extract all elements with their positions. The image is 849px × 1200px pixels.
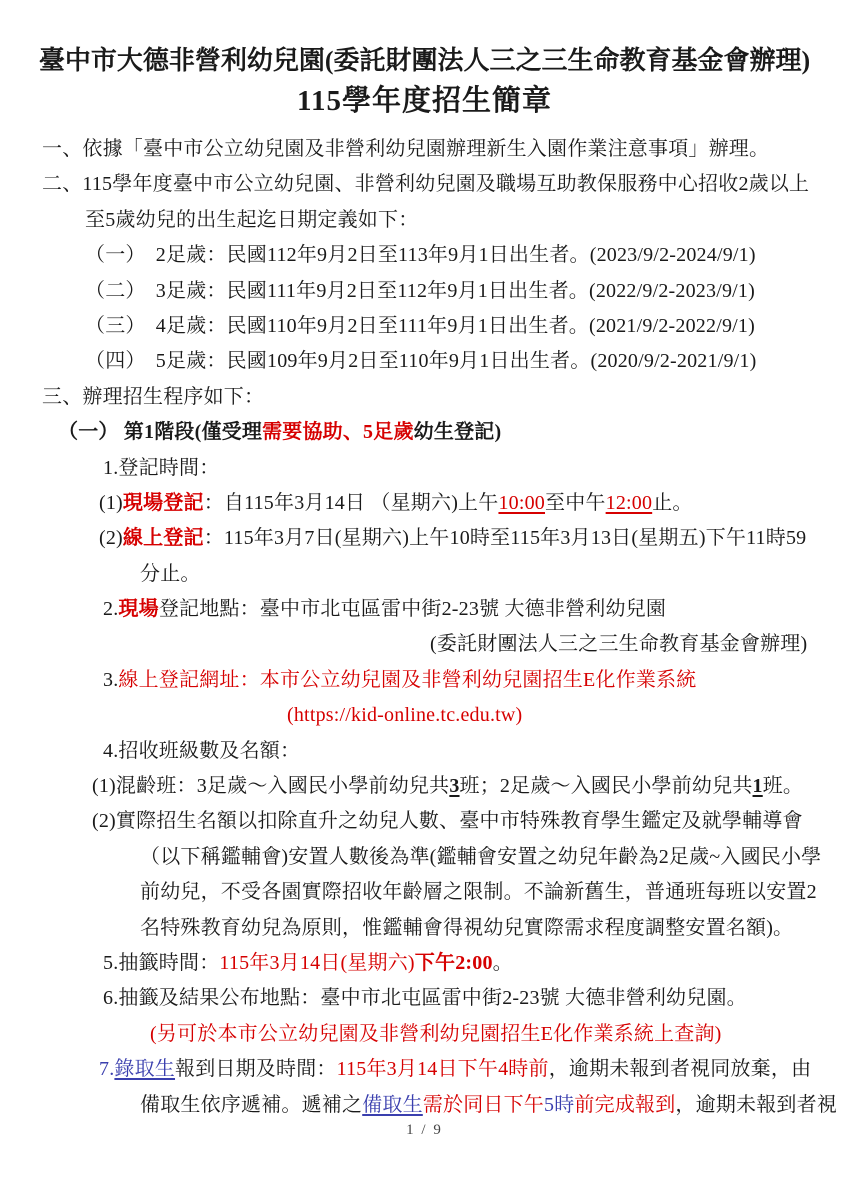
text-line: 6.抽籤及結果公布地點：臺中市北屯區雷中街2-23號 大德非營利幼兒園。 <box>0 981 849 1016</box>
text-segment: （一） 第1階段(僅受理 <box>58 421 262 443</box>
document-title-line1: 臺中市大德非營利幼兒園(委託財團法人三之三生命教育基金會辦理) <box>0 42 849 80</box>
text-segment: 三、辦理招生程序如下： <box>42 386 264 408</box>
text-line: 至5歲幼兒的出生起迄日期定義如下： <box>0 203 849 238</box>
text-segment: ：115年3月7日(星期六)上午10時至115年3月13日(星期五)下午11時5… <box>204 527 807 549</box>
document-header: 臺中市大德非營利幼兒園(委託財團法人三之三生命教育基金會辦理) 115學年度招生… <box>0 42 849 122</box>
text-line: 一、依據「臺中市公立幼兒園及非營利幼兒園辦理新生入園作業注意事項」辦理。 <box>0 132 849 167</box>
text-segment: 1.登記時間： <box>103 457 219 479</box>
text-segment: 現場 <box>118 598 158 620</box>
text-segment: 至中午 <box>545 492 606 514</box>
text-line: (1)混齡班：3足歲～入國民小學前幼兒共3班；2足歲～入國民小學前幼兒共1班。 <box>0 769 849 804</box>
text-segment: 前完成報到 <box>574 1094 675 1116</box>
text-segment: 5時 <box>544 1094 574 1116</box>
text-segment: （一） 2足歲：民國112年9月2日至113年9月1日出生者。(2023/9/2… <box>85 244 756 266</box>
text-segment: (2)實際招生名額以扣除直升之幼兒人數、臺中市特殊教育學生鑑定及就學輔導會 <box>92 810 803 832</box>
document-page: 臺中市大德非營利幼兒園(委託財團法人三之三生命教育基金會辦理) 115學年度招生… <box>0 0 849 1200</box>
text-line: （二） 3足歲：民國111年9月2日至112年9月1日出生者。(2022/9/2… <box>0 274 849 309</box>
text-line: (2)線上登記：115年3月7日(星期六)上午10時至115年3月13日(星期五… <box>0 521 849 556</box>
text-segment: 備取生依序遞補。遞補之 <box>140 1094 362 1116</box>
text-line: （一） 2足歲：民國112年9月2日至113年9月1日出生者。(2023/9/2… <box>0 238 849 273</box>
text-line: (1)現場登記：自115年3月14日 （星期六)上午10:00至中午12:00止… <box>0 486 849 521</box>
text-segment: 需要協助、5足歲 <box>262 421 414 443</box>
text-line: (https://kid-online.tc.edu.tw) <box>0 698 849 733</box>
text-segment: 線上登記網址：本市公立幼兒園及非營利幼兒園招生E化作業系統 <box>118 669 696 691</box>
text-segment: 至5歲幼兒的出生起迄日期定義如下： <box>85 209 418 231</box>
text-segment: 登記地點：臺中市北屯區雷中街2-23號 大德非營利幼兒園 <box>159 598 666 620</box>
text-line: 前幼兒，不受各園實際招收年齡層之限制。不論新舊生，普通班每班以安置2 <box>0 875 849 910</box>
text-segment: 3. <box>103 669 118 691</box>
text-segment: 錄取生 <box>114 1058 175 1080</box>
text-segment: 6.抽籤及結果公布地點：臺中市北屯區雷中街2-23號 大德非營利幼兒園。 <box>103 987 747 1009</box>
text-line: 2.現場登記地點：臺中市北屯區雷中街2-23號 大德非營利幼兒園 <box>0 592 849 627</box>
text-line: （四） 5足歲：民國109年9月2日至110年9月1日出生者。(2020/9/2… <box>0 344 849 379</box>
text-segment: (1)混齡班：3足歲～入國民小學前幼兒共 <box>92 775 449 797</box>
text-segment: 1 <box>753 775 763 797</box>
text-segment: 現場登記 <box>123 492 204 514</box>
text-line: 分止。 <box>0 557 849 592</box>
text-line: (委託財團法人三之三生命教育基金會辦理) <box>0 627 849 662</box>
text-segment: 分止。 <box>140 563 201 585</box>
text-segment: 一、依據「臺中市公立幼兒園及非營利幼兒園辦理新生入園作業注意事項」辦理。 <box>42 138 769 160</box>
text-line: 三、辦理招生程序如下： <box>0 380 849 415</box>
text-segment: 10:00 <box>498 492 545 514</box>
text-segment: ：自115年3月14日 （星期六)上午 <box>204 492 499 514</box>
document-title-line2: 115學年度招生簡章 <box>0 80 849 122</box>
text-segment: (2) <box>99 527 123 549</box>
text-line: （一） 第1階段(僅受理需要協助、5足歲幼生登記) <box>0 415 849 450</box>
text-segment: 下午2:00 <box>415 952 493 974</box>
text-segment: 備取生 <box>362 1094 423 1116</box>
text-segment: 幼生登記) <box>414 421 502 443</box>
text-segment: （三） 4足歲：民國110年9月2日至111年9月1日出生者。(2021/9/2… <box>85 315 755 337</box>
text-line: 5.抽籤時間：115年3月14日(星期六)下午2:00。 <box>0 946 849 981</box>
text-segment: 3 <box>449 775 459 797</box>
text-segment: 5.抽籤時間： <box>103 952 219 974</box>
text-line: 7.錄取生報到日期及時間：115年3月14日下午4時前，逾期未報到者視同放棄，由 <box>0 1052 849 1087</box>
text-segment: 12:00 <box>606 492 653 514</box>
text-segment: 線上登記 <box>123 527 204 549</box>
text-segment: 班。 <box>763 775 803 797</box>
text-line: 3.線上登記網址：本市公立幼兒園及非營利幼兒園招生E化作業系統 <box>0 663 849 698</box>
text-segment: (委託財團法人三之三生命教育基金會辦理) <box>430 633 807 655</box>
document-body: 一、依據「臺中市公立幼兒園及非營利幼兒園辦理新生入園作業注意事項」辦理。二、11… <box>0 132 849 1123</box>
text-segment: ，逾期未報到者視同放棄，由 <box>549 1058 812 1080</box>
text-segment: （以下稱鑑輔會)安置人數後為準(鑑輔會安置之幼兒年齡為2足歲~入國民小學 <box>140 846 821 868</box>
text-segment: 7. <box>99 1058 114 1080</box>
text-segment: 名特殊教育幼兒為原則，惟鑑輔會得視幼兒實際需求程度調整安置名額)。 <box>140 917 793 939</box>
text-line: 名特殊教育幼兒為原則，惟鑑輔會得視幼兒實際需求程度調整安置名額)。 <box>0 911 849 946</box>
text-line: (另可於本市公立幼兒園及非營利幼兒園招生E化作業系統上查詢) <box>0 1017 849 1052</box>
text-segment: 需於同日下午 <box>423 1094 544 1116</box>
page-number: 1 / 9 <box>0 1122 849 1139</box>
online-registration-url[interactable]: (https://kid-online.tc.edu.tw) <box>287 704 522 726</box>
text-line: （以下稱鑑輔會)安置人數後為準(鑑輔會安置之幼兒年齡為2足歲~入國民小學 <box>0 840 849 875</box>
text-segment: ，逾期未報到者視 <box>675 1094 837 1116</box>
text-line: 備取生依序遞補。遞補之備取生需於同日下午5時前完成報到，逾期未報到者視 <box>0 1088 849 1123</box>
text-segment: 二、115學年度臺中市公立幼兒園、非營利幼兒園及職場互助教保服務中心招收2歲以上 <box>42 173 809 195</box>
text-segment: 115年3月14日下午4時前 <box>337 1058 549 1080</box>
text-segment: （二） 3足歲：民國111年9月2日至112年9月1日出生者。(2022/9/2… <box>85 280 755 302</box>
text-segment: 4.招收班級數及名額： <box>103 740 300 762</box>
text-line: （三） 4足歲：民國110年9月2日至111年9月1日出生者。(2021/9/2… <box>0 309 849 344</box>
text-line: (2)實際招生名額以扣除直升之幼兒人數、臺中市特殊教育學生鑑定及就學輔導會 <box>0 804 849 839</box>
text-segment: 止。 <box>652 492 692 514</box>
text-segment: 。 <box>493 952 513 974</box>
text-segment: 2. <box>103 598 118 620</box>
text-line: 1.登記時間： <box>0 451 849 486</box>
text-segment: 前幼兒，不受各園實際招收年齡層之限制。不論新舊生，普通班每班以安置2 <box>140 881 817 903</box>
text-line: 二、115學年度臺中市公立幼兒園、非營利幼兒園及職場互助教保服務中心招收2歲以上 <box>0 167 849 202</box>
text-segment: 班；2足歲～入國民小學前幼兒共 <box>460 775 753 797</box>
text-segment: (1) <box>99 492 123 514</box>
text-segment: 115年3月14日(星期六) <box>219 952 414 974</box>
text-segment: 報到日期及時間： <box>175 1058 337 1080</box>
text-segment: (另可於本市公立幼兒園及非營利幼兒園招生E化作業系統上查詢) <box>150 1023 722 1045</box>
text-line: 4.招收班級數及名額： <box>0 734 849 769</box>
text-segment: （四） 5足歲：民國109年9月2日至110年9月1日出生者。(2020/9/2… <box>85 350 756 372</box>
